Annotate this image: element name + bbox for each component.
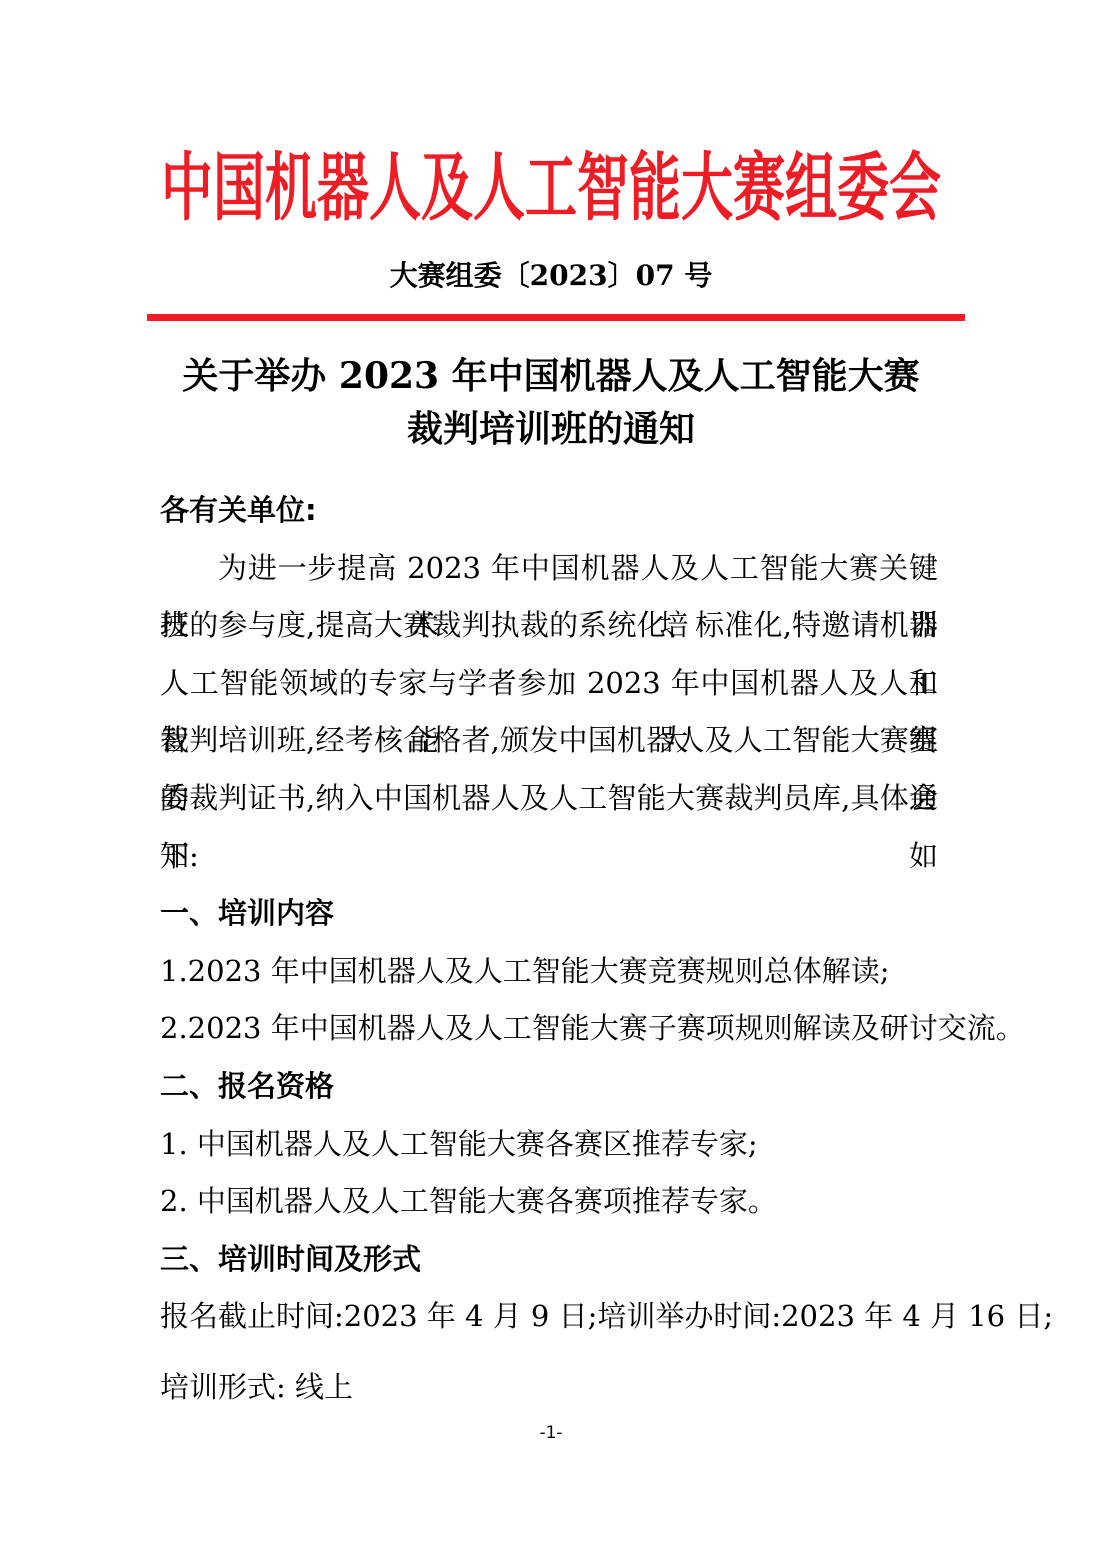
paragraph-line: 班的参与度,提高大赛裁判执裁的系统化、标准化,特邀请机器人和 (160, 597, 938, 655)
paragraph-line: 人工智能领域的专家与学者参加 2023 年中国机器人及人工智能大赛 (160, 655, 938, 713)
page-number: -1- (0, 1422, 1102, 1444)
paragraph-line: 裁判培训班,经考核合格者,颁发中国机器人及人工智能大赛组委会 (160, 712, 938, 770)
paragraph-line: 为进一步提高 2023 年中国机器人及人工智能大赛关键技术培训 (160, 540, 938, 598)
section-heading-eligibility: 二、报名资格 (160, 1058, 938, 1116)
section-heading-training-content: 一、培训内容 (160, 885, 938, 943)
salutation: 各有关单位: (160, 482, 938, 540)
section-heading-time-format: 三、培训时间及形式 (160, 1231, 938, 1289)
document-number: 大赛组委〔2023〕07 号 (0, 258, 1102, 294)
list-item: 2.2023 年中国机器人及人工智能大赛子赛项规则解读及研讨交流。 (160, 1000, 938, 1058)
document-page: 中国机器人及人工智能大赛组委会 大赛组委〔2023〕07 号 关于举办 2023… (0, 0, 1102, 1559)
document-title: 关于举办 2023 年中国机器人及人工智能大赛 裁判培训班的通知 (0, 350, 1102, 456)
list-item: 1. 中国机器人及人工智能大赛各赛区推荐专家; (160, 1116, 938, 1174)
document-title-line2: 裁判培训班的通知 (0, 403, 1102, 456)
list-item: 2. 中国机器人及人工智能大赛各赛项推荐专家。 (160, 1173, 938, 1231)
list-item: 报名截止时间:2023 年 4 月 9 日;培训举办时间:2023 年 4 月 … (160, 1288, 938, 1346)
document-title-line1: 关于举办 2023 年中国机器人及人工智能大赛 (0, 350, 1102, 403)
red-divider-rule (147, 314, 965, 321)
list-item: 培训形式: 线上 (160, 1359, 938, 1417)
paragraph-line: 的裁判证书,纳入中国机器人及人工智能大赛裁判员库,具体通知如 (160, 770, 938, 828)
document-body: 各有关单位: 为进一步提高 2023 年中国机器人及人工智能大赛关键技术培训 班… (160, 482, 938, 1417)
list-item: 1.2023 年中国机器人及人工智能大赛竞赛规则总体解读; (160, 943, 938, 1001)
organization-title: 中国机器人及人工智能大赛组委会 (0, 152, 1102, 226)
